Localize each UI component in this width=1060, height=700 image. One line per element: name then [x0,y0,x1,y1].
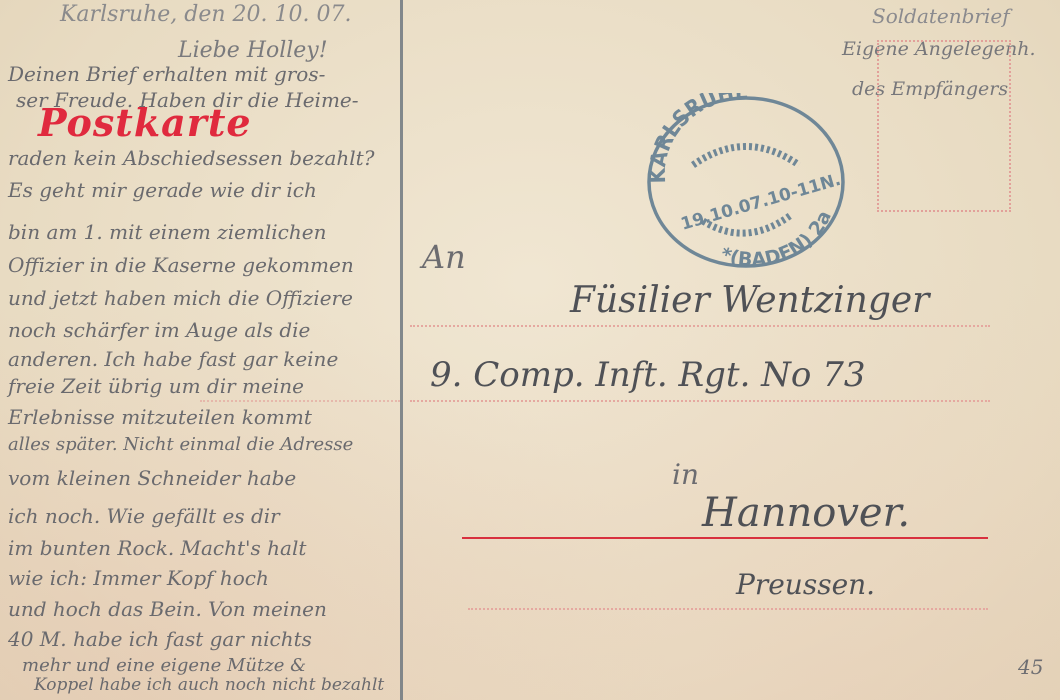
message-line: im bunten Rock. Macht's halt [8,536,306,560]
message-salutation: Liebe Holley! [178,38,328,63]
message-dotted-rule [200,400,400,402]
message-line: Koppel habe ich auch noch nicht bezahlt [34,675,384,695]
message-line: bin am 1. mit einem ziemlichen [8,220,326,244]
address-city: Hannover. [702,490,910,536]
address-dotted-rule-1 [410,325,990,327]
message-line: Es geht mir gerade wie dir ich [8,178,317,202]
message-line: ser Freude. Haben dir die Heime- [16,88,359,112]
message-line: ich noch. Wie gefällt es dir [8,504,280,528]
address-prefix: An [422,238,466,276]
message-line: Erlebnisse mitzuteilen kommt [8,405,312,429]
address-unit: 9. Comp. Inft. Rgt. No 73 [430,355,865,395]
message-line: mehr und eine eigene Mütze & [22,655,306,676]
postmark-city: KARLSRUHE [646,93,749,184]
address-state: Preussen. [736,568,875,601]
message-line: vom kleinen Schneider habe [8,466,296,490]
karlsruhe-postmark-icon: KARLSRUHE 19.10.07.10-11N. *(BADEN) 2a [645,93,847,271]
address-dotted-rule-2 [410,400,990,402]
address-name: Füsilier Wentzinger [570,280,929,321]
address-dotted-rule-3 [468,608,988,610]
message-line: Deinen Brief erhalten mit gros- [8,62,325,86]
message-line: und jetzt haben mich die Offiziere [8,286,353,310]
message-line: anderen. Ich habe fast gar keine [8,347,338,371]
message-line: noch schärfer im Auge als die [8,318,310,342]
stamp-placement-box [877,40,1011,212]
pencil-number: 45 [1018,655,1043,679]
corner-note-line: Soldatenbrief [872,4,1010,28]
svg-text:KARLSRUHE: KARLSRUHE [646,93,749,184]
address-in-label: in [672,458,699,491]
address-red-rule [462,537,988,539]
postcard: Karlsruhe, den 20. 10. 07. Liebe Holley!… [0,0,1060,700]
message-line: Offizier in die Kaserne gekommen [8,253,354,277]
message-line: wie ich: Immer Kopf hoch [8,566,269,590]
message-date-line: Karlsruhe, den 20. 10. 07. [60,2,351,27]
message-line: 40 M. habe ich fast gar nichts [8,627,312,651]
message-line: alles später. Nicht einmal die Adresse [8,434,353,455]
message-line: raden kein Abschiedsessen bezahlt? [8,146,374,170]
message-line: und hoch das Bein. Von meinen [8,597,327,621]
card-divider [400,0,403,700]
message-line: freie Zeit übrig um dir meine [8,374,304,398]
